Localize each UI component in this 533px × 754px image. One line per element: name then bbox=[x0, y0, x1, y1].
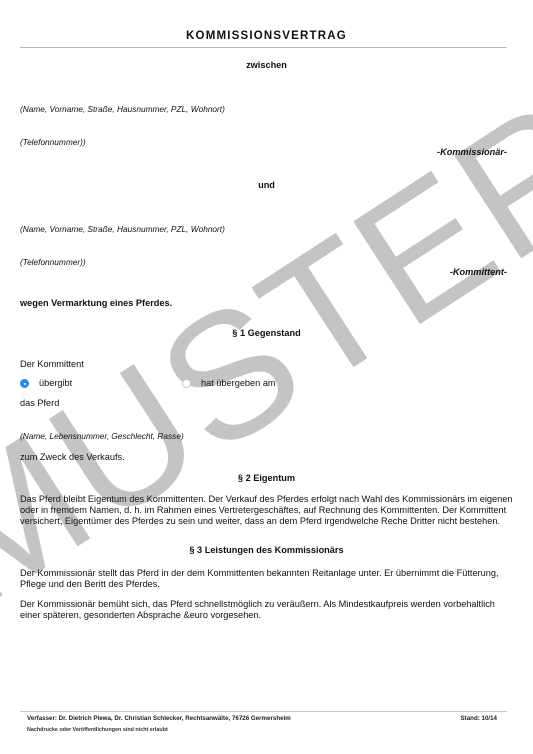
between-label: zwischen bbox=[0, 60, 533, 70]
section1-purpose: zum Zweck des Verkaufs. bbox=[20, 452, 125, 462]
party2-address-field[interactable]: (Name, Vorname, Straße, Hausnummer, PZL,… bbox=[20, 224, 225, 234]
radio-hat-uebergeben[interactable] bbox=[182, 379, 191, 388]
footer-author: Verfasser: Dr. Dietrich Plewa, Dr. Chris… bbox=[27, 715, 291, 722]
section1-heading: § 1 Gegenstand bbox=[0, 328, 533, 338]
section3-paragraph-1: Der Kommissionär stellt das Pferd in der… bbox=[20, 568, 516, 590]
and-label: und bbox=[0, 180, 533, 190]
document-title: KOMMISSIONSVERTRAG bbox=[0, 30, 533, 42]
party1-role-label: -Kommissionär- bbox=[437, 147, 507, 157]
party1-phone-field[interactable]: (Telefonnummer)) bbox=[20, 137, 86, 147]
section1-intro: Der Kommittent bbox=[20, 359, 84, 369]
radio-uebergibt[interactable] bbox=[20, 379, 29, 388]
title-divider bbox=[20, 47, 507, 48]
section2-text: Das Pferd bleibt Eigentum des Kommittent… bbox=[20, 494, 516, 527]
footer-divider bbox=[20, 711, 507, 712]
section3-heading: § 3 Leistungen des Kommissionärs bbox=[0, 545, 533, 555]
section3-paragraph-2: Der Kommissionär bemüht sich, das Pferd … bbox=[20, 599, 516, 621]
contract-purpose: wegen Vermarktung eines Pferdes. bbox=[20, 298, 172, 308]
horse-details-field[interactable]: (Name, Lebensnummer, Geschlecht, Rasse) bbox=[20, 431, 184, 441]
party2-role-label: -Kommittent- bbox=[450, 267, 507, 277]
party1-address-field[interactable]: (Name, Vorname, Straße, Hausnummer, PZL,… bbox=[20, 104, 225, 114]
radio-uebergibt-label[interactable]: übergibt bbox=[39, 378, 72, 388]
party2-phone-field[interactable]: (Telefonnummer)) bbox=[20, 257, 86, 267]
section1-object: das Pferd bbox=[20, 398, 59, 408]
radio-hat-uebergeben-label[interactable]: hat übergeben am bbox=[201, 378, 276, 388]
section2-heading: § 2 Eigentum bbox=[0, 473, 533, 483]
footer-notice: Nachdrucke oder Veröffentlichungen sind … bbox=[27, 727, 168, 733]
footer-version: Stand: 10/14 bbox=[461, 715, 497, 722]
